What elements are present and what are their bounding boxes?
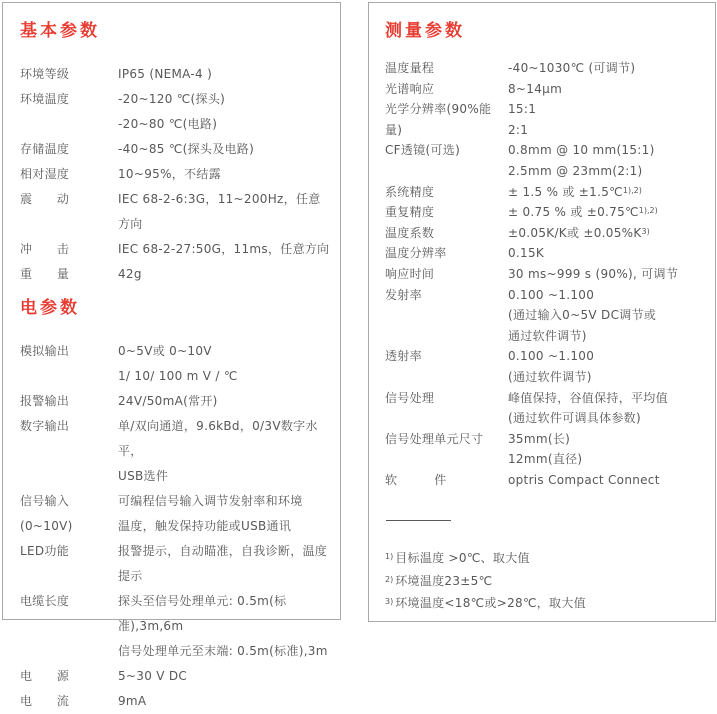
spec-value-line: 35mm(长) — [508, 429, 705, 450]
spec-row: 光学分辨率(90%能量) 15:1 2:1 — [385, 99, 705, 140]
spec-row: 冲 击 IEC 68-2-27:50G，11ms，任意方向 — [20, 237, 330, 262]
section-title-measurement-params: 测量参数 — [385, 19, 705, 43]
footnote-marker: 1) — [385, 552, 393, 561]
spec-label: 存储温度 — [20, 137, 118, 162]
spec-value-line: 12mm(直径) — [508, 449, 705, 470]
spec-row: 重复精度 ± 0.75 % 或 ±0.75℃1),2) — [385, 202, 705, 223]
spec-label: 光谱响应 — [385, 79, 508, 100]
spec-row: 信号输入(0~10V) 可编程信号输入调节发射率和环境 温度，触发保持功能或US… — [20, 489, 330, 539]
spec-label: 电 源 — [20, 664, 118, 689]
spec-label: 光学分辨率(90%能量) — [385, 99, 508, 140]
spec-label: 重 量 — [20, 262, 118, 287]
spec-label: 环境温度 — [20, 87, 118, 112]
spec-label: 重复精度 — [385, 202, 508, 223]
spec-value-line: IEC 68-2-27:50G，11ms，任意方向 — [118, 237, 330, 262]
spec-value-line: 0~5V或 0~10V — [118, 339, 330, 364]
spec-row: 信号处理 峰值保持，谷值保持，平均值 (通过软件可调具体参数) — [385, 388, 705, 429]
spec-row: 温度量程 -40~1030℃ (可调节) — [385, 58, 705, 79]
spec-row: LED功能 报警提示，自动瞄准，自我诊断，温度提示 — [20, 539, 330, 589]
spec-label: 报警输出 — [20, 389, 118, 414]
spec-row: 信号处理单元尺寸 35mm(长) 12mm(直径) — [385, 429, 705, 470]
spec-value: IP65 (NEMA-4 ) — [118, 62, 330, 87]
spec-label: 电 流 — [20, 689, 118, 714]
footnote: 1)目标温度 >0℃、取大值 — [385, 547, 705, 570]
spec-value-line: IP65 (NEMA-4 ) — [118, 62, 330, 87]
spec-label: 信号输入(0~10V) — [20, 489, 118, 539]
footnote-ref: 1),2) — [639, 206, 658, 215]
spec-value-line: -40~1030℃ (可调节) — [508, 58, 705, 79]
footnote-marker: 2) — [385, 575, 393, 584]
spec-value-line: 温度，触发保持功能或USB通讯 — [118, 514, 330, 539]
spec-row: 相对湿度 10~95%，不结露 — [20, 162, 330, 187]
spec-value: ±0.05K/K或 ±0.05%K3) — [508, 223, 705, 244]
spec-row: 电 源 5~30 V DC — [20, 664, 330, 689]
footnote-text: 环境温度23±5℃ — [395, 574, 492, 588]
spec-value-line: ±0.05K/K或 ±0.05%K3) — [508, 223, 705, 244]
footnote-divider — [386, 520, 451, 521]
spec-row: 系统精度 ± 1.5 % 或 ±1.5℃1),2) — [385, 182, 705, 203]
spec-row: 存储温度 -40~85 ℃(探头及电路) — [20, 137, 330, 162]
spec-row: 电 流 9mA — [20, 689, 330, 714]
spec-row: 报警输出 24V/50mA(常开) — [20, 389, 330, 414]
footnote-ref: 3) — [642, 227, 650, 236]
spec-value-line: -40~85 ℃(探头及电路) — [118, 137, 330, 162]
spec-value-line: USB选件 — [118, 464, 330, 489]
spec-label: 发射率 — [385, 285, 508, 306]
spec-value-line: 报警提示，自动瞄准，自我诊断，温度提示 — [118, 539, 330, 589]
spec-row: 温度分辨率 0.15K — [385, 243, 705, 264]
spec-row: 模拟输出 0~5V或 0~10V 1/ 10/ 100 m V / ℃ — [20, 339, 330, 389]
spec-row: 发射率 0.100 ~1.100 (通过输入0~5V DC调节或 通过软件调节) — [385, 285, 705, 347]
spec-value: 9mA — [118, 689, 330, 714]
footnote: 3)环境温度<18℃或>28℃，取大值 — [385, 592, 705, 615]
spec-value: 5~30 V DC — [118, 664, 330, 689]
spec-label: 响应时间 — [385, 264, 508, 285]
spec-value-line: 可编程信号输入调节发射率和环境 — [118, 489, 330, 514]
spec-value: 单/双向通道，9.6kBd，0/3V数字水平， USB选件 — [118, 414, 330, 489]
spec-row: 响应时间 30 ms~999 s (90%), 可调节 — [385, 264, 705, 285]
section-title-electrical-params: 电参数 — [20, 296, 330, 320]
spec-row: 震 动 IEC 68-2-6:3G，11~200Hz，任意方向 — [20, 187, 330, 237]
spec-value: 0.100 ~1.100 (通过输入0~5V DC调节或 通过软件调节) — [508, 285, 705, 347]
spec-value: 0.100 ~1.100 (通过软件调节) — [508, 346, 705, 387]
spec-label: LED功能 — [20, 539, 118, 564]
footnote-text: 环境温度<18℃或>28℃，取大值 — [395, 596, 586, 610]
spec-value-line: 2.5mm @ 23mm(2:1) — [508, 161, 705, 182]
spec-label: 相对湿度 — [20, 162, 118, 187]
section-title-basic-params: 基本参数 — [20, 19, 330, 43]
spec-value: IEC 68-2-6:3G，11~200Hz，任意方向 — [118, 187, 330, 237]
spec-row: 重 量 42g — [20, 262, 330, 287]
spec-value-line: (通过输入0~5V DC调节或 — [508, 305, 705, 326]
spec-value-line: 24V/50mA(常开) — [118, 389, 330, 414]
spec-value-line: 单/双向通道，9.6kBd，0/3V数字水平， — [118, 414, 330, 464]
spec-row: 环境等级 IP65 (NEMA-4 ) — [20, 62, 330, 87]
footnote-text: 目标温度 >0℃、取大值 — [395, 551, 530, 565]
spec-label: 电缆长度 — [20, 589, 118, 614]
spec-value-line: 2:1 — [508, 120, 705, 141]
spec-value-line: 42g — [118, 262, 330, 287]
basic-electrical-panel: 基本参数 环境等级 IP65 (NEMA-4 ) 环境温度 -20~120 ℃(… — [2, 2, 341, 620]
spec-label: 温度分辨率 — [385, 243, 508, 264]
spec-value-line: 信号处理单元至末端: 0.5m(标准),3m — [118, 639, 330, 664]
spec-value-line: 探头至信号处理单元: 0.5m(标准),3m,6m — [118, 589, 330, 639]
spec-row: 数字输出 单/双向通道，9.6kBd，0/3V数字水平， USB选件 — [20, 414, 330, 489]
spec-label: 软 件 — [385, 470, 508, 491]
spec-value: 报警提示，自动瞄准，自我诊断，温度提示 — [118, 539, 330, 589]
spec-label: 温度量程 — [385, 58, 508, 79]
spec-value: -40~1030℃ (可调节) — [508, 58, 705, 79]
spec-value-text: ±0.05K/K或 ±0.05%K — [508, 226, 642, 240]
spec-row: 电缆长度 探头至信号处理单元: 0.5m(标准),3m,6m 信号处理单元至末端… — [20, 589, 330, 664]
spec-value-line: 30 ms~999 s (90%), 可调节 — [508, 264, 705, 285]
spec-value-line: IEC 68-2-6:3G，11~200Hz，任意方向 — [118, 187, 330, 237]
measurement-panel: 测量参数 温度量程 -40~1030℃ (可调节) 光谱响应 8~14μm 光学… — [368, 2, 716, 622]
spec-value: -20~120 ℃(探头) -20~80 ℃(电路) — [118, 87, 330, 137]
spec-value-line: 峰值保持，谷值保持，平均值 — [508, 388, 705, 409]
footnote-ref: 1),2) — [623, 186, 642, 195]
spec-row: 环境温度 -20~120 ℃(探头) -20~80 ℃(电路) — [20, 87, 330, 137]
spec-label: 信号处理单元尺寸 — [385, 429, 508, 450]
spec-value-text: ± 0.75 % 或 ±0.75℃ — [508, 205, 639, 219]
spec-label: 冲 击 — [20, 237, 118, 262]
spec-row: 软 件 optris Compact Connect — [385, 470, 705, 491]
spec-value: optris Compact Connect — [508, 470, 705, 491]
spec-label: 透射率 — [385, 346, 508, 367]
spec-value-line: -20~120 ℃(探头) — [118, 87, 330, 112]
spec-value-text: ± 1.5 % 或 ±1.5℃ — [508, 185, 623, 199]
spec-value: 峰值保持，谷值保持，平均值 (通过软件可调具体参数) — [508, 388, 705, 429]
spec-value-line: -20~80 ℃(电路) — [118, 112, 330, 137]
datasheet-page: { "page": { "accent_color": "#e8392f", "… — [0, 0, 717, 630]
spec-value-line: 0.8mm @ 10 mm(15:1) — [508, 140, 705, 161]
spec-row: CF透镜(可选) 0.8mm @ 10 mm(15:1) 2.5mm @ 23m… — [385, 140, 705, 181]
spec-value-line: 通过软件调节) — [508, 326, 705, 347]
spec-value-line: 1/ 10/ 100 m V / ℃ — [118, 364, 330, 389]
spec-label: 模拟输出 — [20, 339, 118, 364]
spec-value-line: (通过软件可调具体参数) — [508, 408, 705, 429]
spec-label: 温度系数 — [385, 223, 508, 244]
spec-value: IEC 68-2-27:50G，11ms，任意方向 — [118, 237, 330, 262]
footnote: 2)环境温度23±5℃ — [385, 570, 705, 593]
spec-value: 10~95%，不结露 — [118, 162, 330, 187]
spec-value: 8~14μm — [508, 79, 705, 100]
spec-value-line: 10~95%，不结露 — [118, 162, 330, 187]
spec-value: 0.8mm @ 10 mm(15:1) 2.5mm @ 23mm(2:1) — [508, 140, 705, 181]
spec-value: 35mm(长) 12mm(直径) — [508, 429, 705, 470]
spec-value: 0~5V或 0~10V 1/ 10/ 100 m V / ℃ — [118, 339, 330, 389]
spec-label: 震 动 — [20, 187, 118, 212]
spec-value: 42g — [118, 262, 330, 287]
spec-value-line: 8~14μm — [508, 79, 705, 100]
spec-label: 信号处理 — [385, 388, 508, 409]
spec-label: 系统精度 — [385, 182, 508, 203]
spec-row: 透射率 0.100 ~1.100 (通过软件调节) — [385, 346, 705, 387]
spec-value: ± 0.75 % 或 ±0.75℃1),2) — [508, 202, 705, 223]
spec-value: 探头至信号处理单元: 0.5m(标准),3m,6m 信号处理单元至末端: 0.5… — [118, 589, 330, 664]
spec-value-line: 9mA — [118, 689, 330, 714]
spec-value: 30 ms~999 s (90%), 可调节 — [508, 264, 705, 285]
spec-value: -40~85 ℃(探头及电路) — [118, 137, 330, 162]
spec-label: CF透镜(可选) — [385, 140, 508, 161]
spec-value-line: ± 0.75 % 或 ±0.75℃1),2) — [508, 202, 705, 223]
spec-value: 可编程信号输入调节发射率和环境 温度，触发保持功能或USB通讯 — [118, 489, 330, 539]
spec-value: ± 1.5 % 或 ±1.5℃1),2) — [508, 182, 705, 203]
spec-row: 温度系数 ±0.05K/K或 ±0.05%K3) — [385, 223, 705, 244]
spec-value-line: 0.100 ~1.100 — [508, 285, 705, 306]
spec-value: 0.15K — [508, 243, 705, 264]
footnote-marker: 3) — [385, 597, 393, 606]
spec-value: 15:1 2:1 — [508, 99, 705, 140]
spec-row: 光谱响应 8~14μm — [385, 79, 705, 100]
spec-value-line: 0.15K — [508, 243, 705, 264]
spec-value-line: 0.100 ~1.100 — [508, 346, 705, 367]
spec-value-line: 15:1 — [508, 99, 705, 120]
spec-label: 数字输出 — [20, 414, 118, 439]
spec-value-line: (通过软件调节) — [508, 367, 705, 388]
spec-value: 24V/50mA(常开) — [118, 389, 330, 414]
spec-label: 环境等级 — [20, 62, 118, 87]
spec-value-line: 5~30 V DC — [118, 664, 330, 689]
spec-value-line: ± 1.5 % 或 ±1.5℃1),2) — [508, 182, 705, 203]
spec-value-line: optris Compact Connect — [508, 470, 705, 491]
